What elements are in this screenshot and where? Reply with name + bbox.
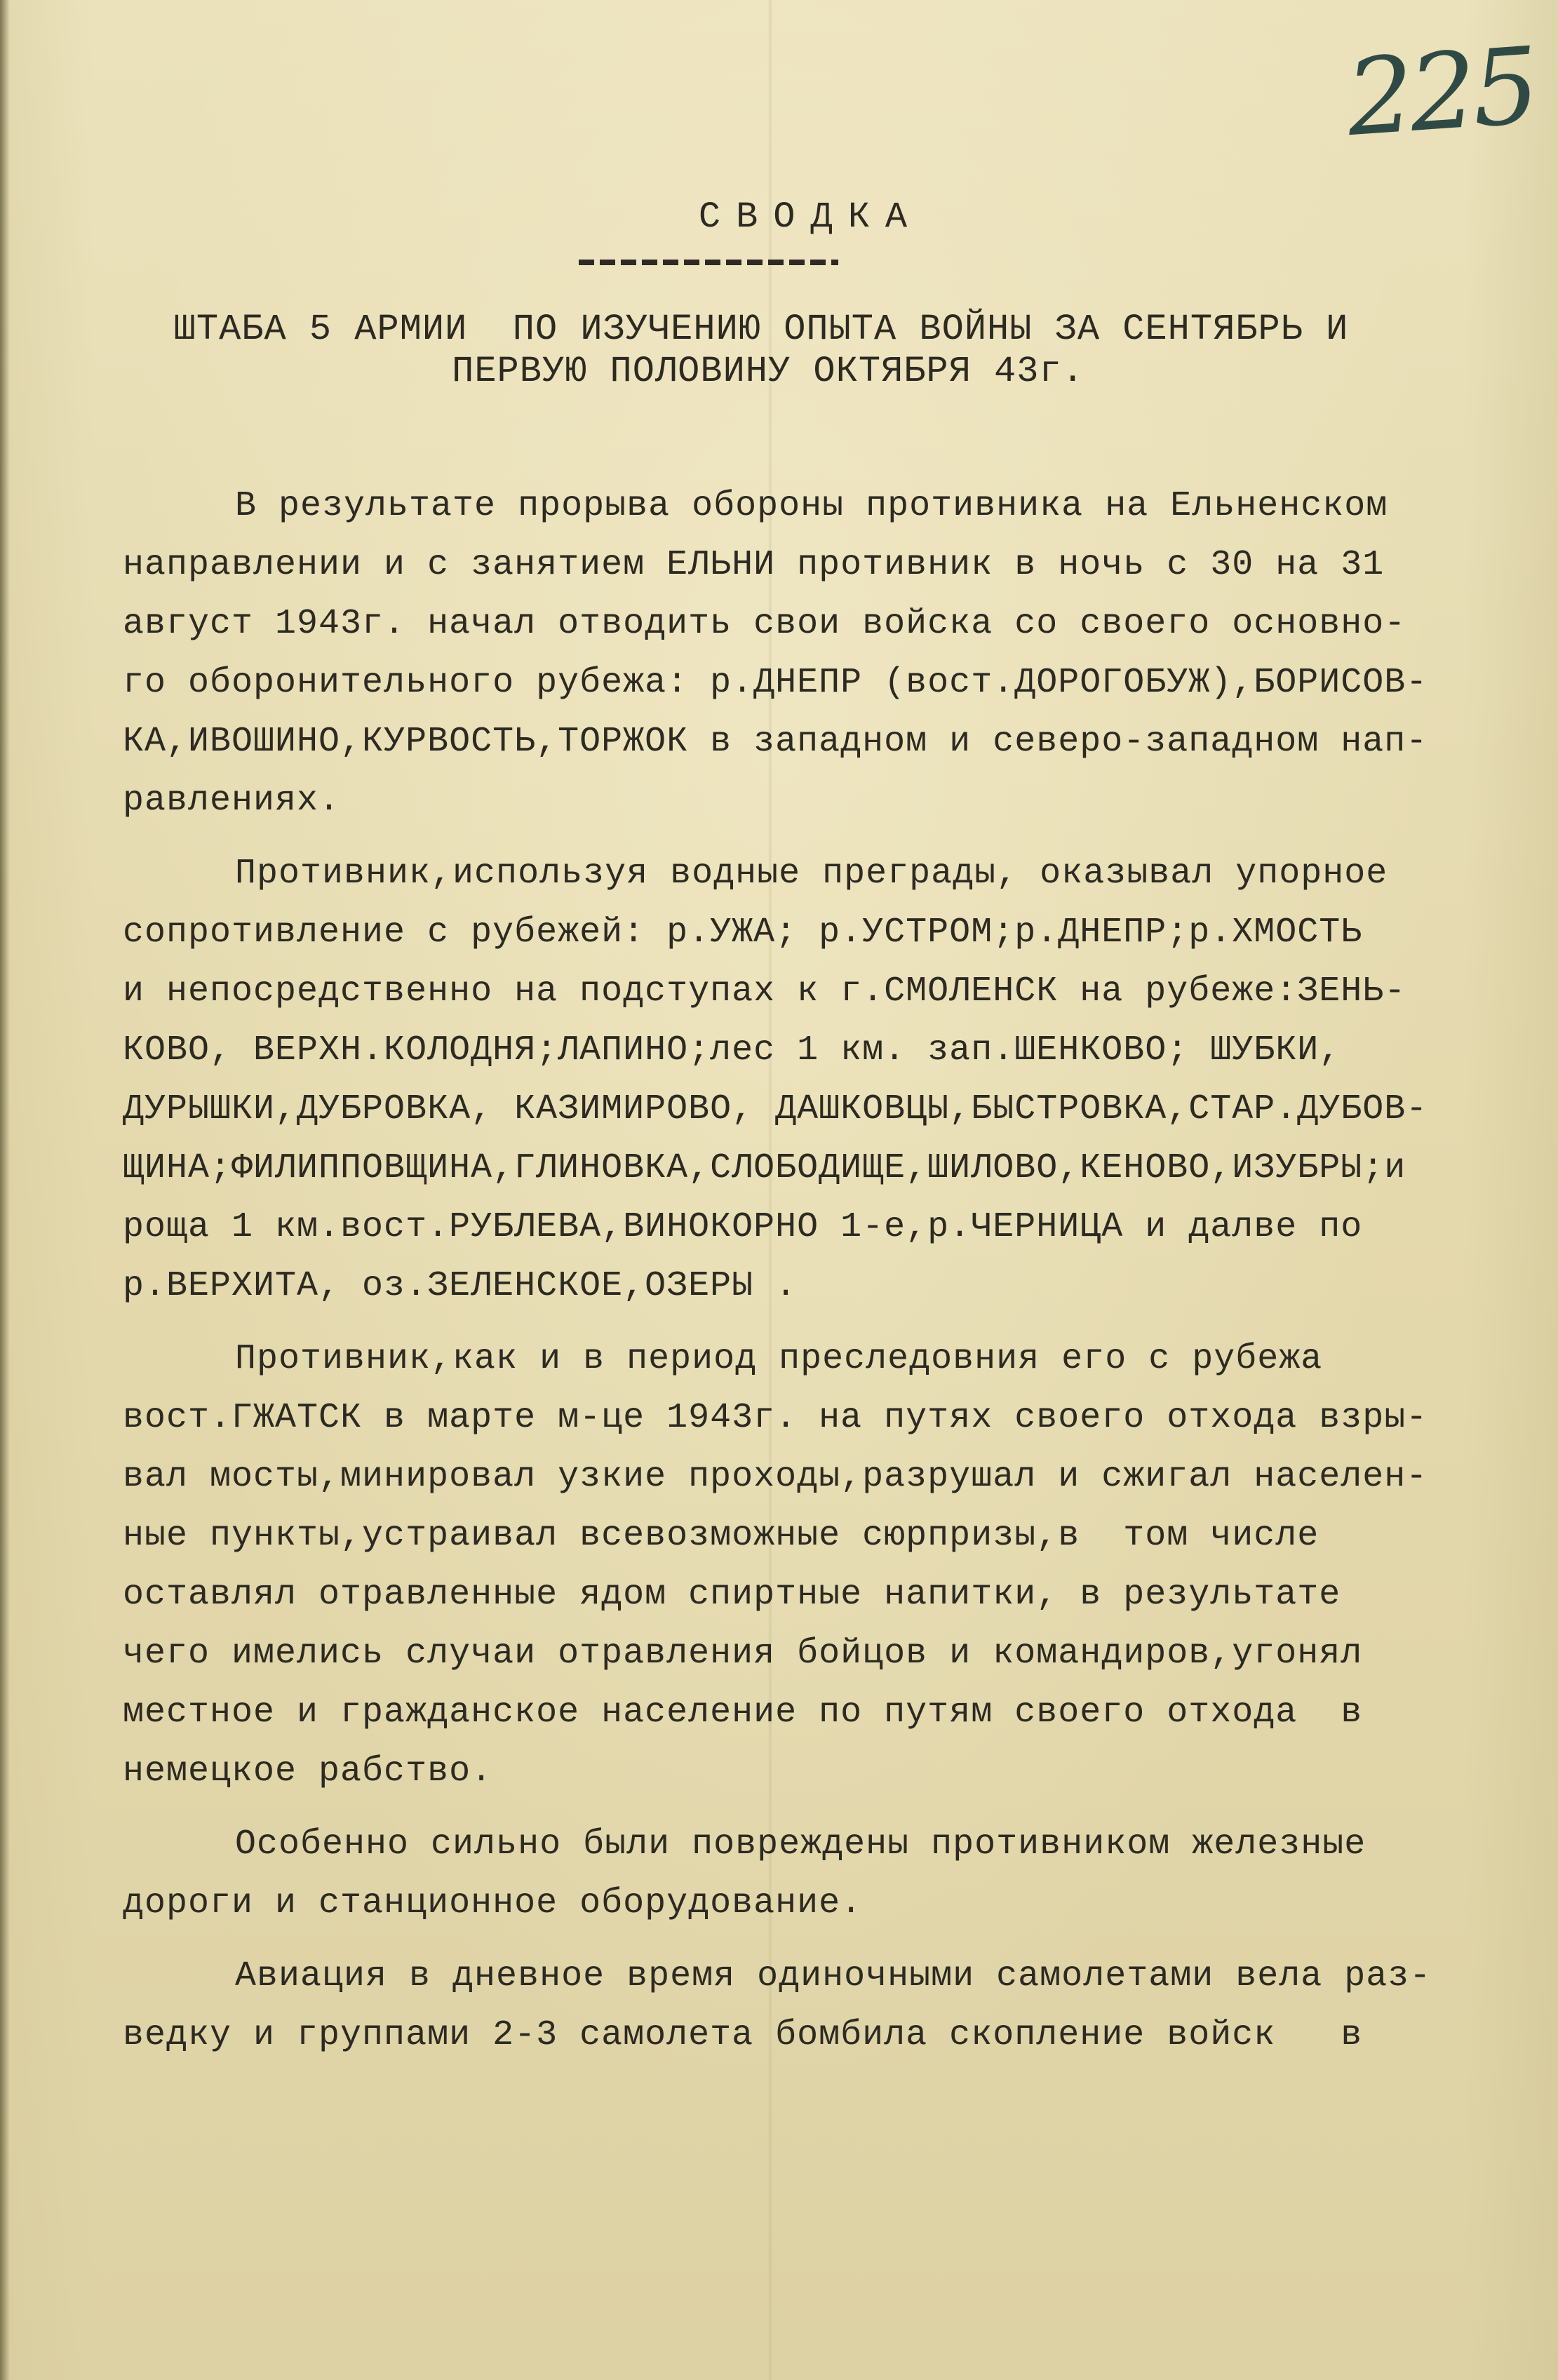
text-line: Противник,как и в период преследовния ег…: [123, 1330, 1498, 1389]
document-subtitle: ШТАБА 5 АРМИИ ПО ИЗУЧЕНИЮ ОПЫТА ВОЙНЫ ЗА…: [130, 309, 1392, 393]
document-title: СВОДКА: [0, 196, 1558, 238]
text-line: оставлял отравленные ядом спиртные напит…: [123, 1566, 1498, 1625]
text-line: местное и гражданское население по путям…: [123, 1683, 1498, 1742]
paragraph: В результате прорыва обороны противника …: [123, 477, 1498, 831]
text-line: Авиация в дневное время одиночными самол…: [123, 1947, 1498, 2006]
text-line: Особенно сильно были повреждены противни…: [123, 1815, 1498, 1874]
paragraph: Особенно сильно были повреждены противни…: [123, 1815, 1498, 1933]
text-line: сопротивление с рубежей: р.УЖА; р.УСТРОМ…: [123, 903, 1498, 962]
text-line: чего имелись случаи отравления бойцов и …: [123, 1625, 1498, 1683]
title-underline: [579, 260, 838, 265]
text-line: немецкое рабство.: [123, 1742, 1498, 1801]
paragraph: Противник,используя водные преграды, ока…: [123, 845, 1498, 1316]
text-line: дороги и станционное оборудование.: [123, 1874, 1498, 1933]
text-line: вост.ГЖАТСК в марте м-це 1943г. на путях…: [123, 1389, 1498, 1448]
subtitle-line: ПЕРВУЮ ПОЛОВИНУ ОКТЯБРЯ 43г.: [130, 351, 1392, 393]
page-edge-shadow: [0, 0, 10, 2380]
text-line: р.ВЕРХИТА, оз.ЗЕЛЕНСКОЕ,ОЗЕРЫ .: [123, 1257, 1498, 1316]
text-line: В результате прорыва обороны противника …: [123, 477, 1498, 536]
text-line: ЩИНА;ФИЛИППОВЩИНА,ГЛИНОВКА,СЛОБОДИЩЕ,ШИЛ…: [123, 1139, 1498, 1198]
text-line: равлениях.: [123, 772, 1498, 831]
subtitle-line: ШТАБА 5 АРМИИ ПО ИЗУЧЕНИЮ ОПЫТА ВОЙНЫ ЗА…: [130, 309, 1392, 351]
text-line: и непосредственно на подступах к г.СМОЛЕ…: [123, 962, 1498, 1021]
text-line: ные пункты,устраивал всевозможные сюрпри…: [123, 1507, 1498, 1566]
text-line: направлении и с занятием ЕЛЬНИ противник…: [123, 536, 1498, 595]
text-line: роща 1 км.вост.РУБЛЕВА,ВИНОКОРНО 1-е,р.Ч…: [123, 1198, 1498, 1257]
paragraph: Авиация в дневное время одиночными самол…: [123, 1947, 1498, 2065]
text-line: КОВО, ВЕРХН.КОЛОДНЯ;ЛАПИНО;лес 1 км. зап…: [123, 1021, 1498, 1080]
text-line: го оборонительного рубежа: р.ДНЕПР (вост…: [123, 654, 1498, 713]
text-line: Противник,используя водные преграды, ока…: [123, 845, 1498, 903]
text-line: ДУРЫШКИ,ДУБРОВКА, КАЗИМИРОВО, ДАШКОВЦЫ,Б…: [123, 1080, 1498, 1139]
paragraph: Противник,как и в период преследовния ег…: [123, 1330, 1498, 1801]
text-line: ведку и группами 2-3 самолета бомбила ск…: [123, 2006, 1498, 2065]
document-body: В результате прорыва обороны противника …: [123, 477, 1498, 2065]
text-line: август 1943г. начал отводить свои войска…: [123, 595, 1498, 654]
text-line: вал мосты,минировал узкие проходы,разруш…: [123, 1448, 1498, 1507]
handwritten-page-number: 225: [1343, 25, 1539, 160]
text-line: КА,ИВОШИНО,КУРВОСТЬ,ТОРЖОК в западном и …: [123, 713, 1498, 772]
